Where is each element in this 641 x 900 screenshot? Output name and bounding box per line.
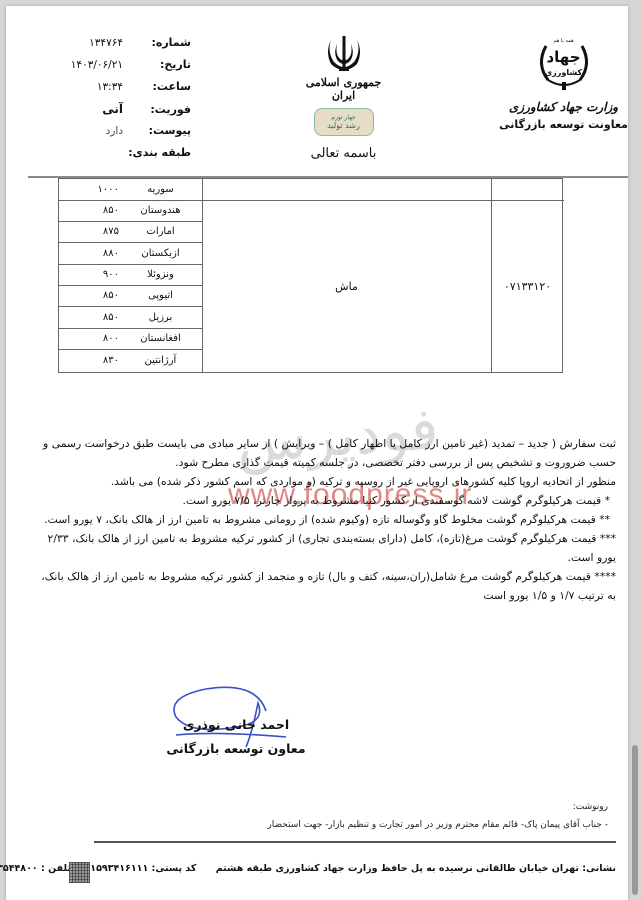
meta-date: تاریخ: ۱۴۰۳/۰۶/۲۱ [56,58,191,80]
footnote: * قیمت هرکیلوگرم گوشت لاشه گوسفندی از کش… [36,491,616,510]
body-paragraph: منظور از اتحادیه اروپا کلیه کشورهای اروپ… [36,472,616,491]
logo-main-text: جهاد [534,48,594,66]
ministry-block: همه با هم جهاد کشاورزی وزارت جهاد کشاورز… [496,34,631,131]
footer-postal-code: کد پستی: ۱۵۹۳۴۱۶۱۱۱ [90,863,196,874]
country-cell: هندوستان [119,200,202,221]
meta-label: تاریخ: [131,58,191,71]
price-cell: ۱۰۰۰ [59,179,119,200]
signatory-name: احمد خانی نوذری [166,713,306,737]
meta-attachment: پیوست: دارد [56,124,191,146]
document-page: شماره: ۱۳۴۷۶۴ تاریخ: ۱۴۰۳/۰۶/۲۱ ساعت: ۱۳… [6,6,628,900]
footnote: ** قیمت هرکیلوگرم گوشت مخلوط گاو وگوساله… [36,510,616,529]
cc-recipient: - جناب آقای پیمان پاک- قائم مقام محترم و… [256,816,608,834]
meta-label: فوریت: [131,103,191,116]
meta-label: پیوست: [131,124,191,137]
price-cell: ۸۰۰ [59,328,119,349]
country-cell: برزیل [119,306,202,328]
meta-number: شماره: ۱۳۴۷۶۴ [56,36,191,58]
body-paragraph: ثبت سفارش ( جدید – تمدید (غیر تامین ارز … [36,434,616,472]
cc-heading: رونوشت: [256,798,608,816]
country-cell: آرژانتین [119,349,202,372]
bismillah: باسمه تعالی [296,146,391,161]
signature-block: احمد خانی نوذری معاون توسعه بازرگانی [166,713,306,761]
signatory-title: معاون توسعه بازرگانی [166,737,306,761]
meta-value: ۱۳۴۷۶۴ [89,37,131,49]
footer-address: نشانی: تهران خیابان طالقانی نرسیده به پل… [216,863,616,874]
country-cell: ازبکستان [119,242,202,264]
footer-phone: تلفن : ۴۳۵۴۴۸۰۰ [0,863,71,874]
meta-label: ساعت: [131,80,191,93]
slogan-line: جهار تورم [331,114,356,121]
slogan-badge: جهار تورم رشد تولید [314,108,374,136]
country-cell: افغانستان [119,328,202,349]
meta-label: شماره: [131,36,191,49]
price-table: سوریه ۱۰۰۰ هندوستان ۸۵۰ امارات ۸۷۵ ازبکس… [58,178,563,373]
meta-time: ساعت: ۱۳:۳۴ [56,80,191,102]
price-cell: ۹۰۰ [59,264,119,285]
ministry-department: معاونت توسعه بازرگانی [496,118,631,131]
price-cell: ۸۳۰ [59,349,119,372]
logo-top-text: همه با هم [534,38,594,44]
product-cell: ماش [202,200,491,372]
cc-block: رونوشت: - جناب آقای پیمان پاک- قائم مقام… [256,798,608,834]
price-cell: ۸۵۰ [59,285,119,306]
emblem-caption: جمهوری اسلامی ایران [296,76,391,102]
footer-divider [94,841,616,843]
meta-value: دارد [106,125,131,137]
national-emblem-block: جمهوری اسلامی ایران جهار تورم رشد تولید … [296,34,391,161]
ministry-logo: همه با هم جهاد کشاورزی [534,34,594,94]
meta-value: ۱۴۰۳/۰۶/۲۱ [71,59,131,71]
slogan-line: رشد تولید [327,121,360,131]
price-cell: ۸۸۰ [59,242,119,264]
country-cell: سوریه [119,179,202,200]
meta-urgency: فوریت: آنی [56,102,191,124]
qr-code [69,862,90,883]
footnote: *** قیمت هرکیلوگرم گوشت مرغ(تازه)، کامل … [36,529,616,567]
logo-sub-text: کشاورزی [534,68,594,77]
ministry-name: وزارت جهاد کشاورزی [496,100,631,114]
meta-label: طبقه بندی: [131,146,191,159]
country-cell: اتیوپی [119,285,202,306]
footnote: **** قیمت هرکیلوگرم گوشت مرغ شامل(ران،سی… [36,567,616,605]
iran-emblem-icon [323,34,365,74]
vertical-scrollbar[interactable] [632,745,638,895]
letter-body: ثبت سفارش ( جدید – تمدید (غیر تامین ارز … [36,434,616,605]
letter-footer: نشانی: تهران خیابان طالقانی نرسیده به پل… [116,863,616,874]
price-cell: ۸۵۰ [59,306,119,328]
meta-value: ۱۳:۳۴ [97,81,131,93]
letter-meta: شماره: ۱۳۴۷۶۴ تاریخ: ۱۴۰۳/۰۶/۲۱ ساعت: ۱۳… [56,36,191,168]
meta-value: آنی [102,102,131,116]
tariff-code-cell: ۰۷۱۳۳۱۲۰ [491,200,564,372]
price-cell: ۸۷۵ [59,221,119,242]
price-cell: ۸۵۰ [59,200,119,221]
country-cell: ونزوئلا [119,264,202,285]
meta-classification: طبقه بندی: [56,146,191,168]
country-cell: امارات [119,221,202,242]
